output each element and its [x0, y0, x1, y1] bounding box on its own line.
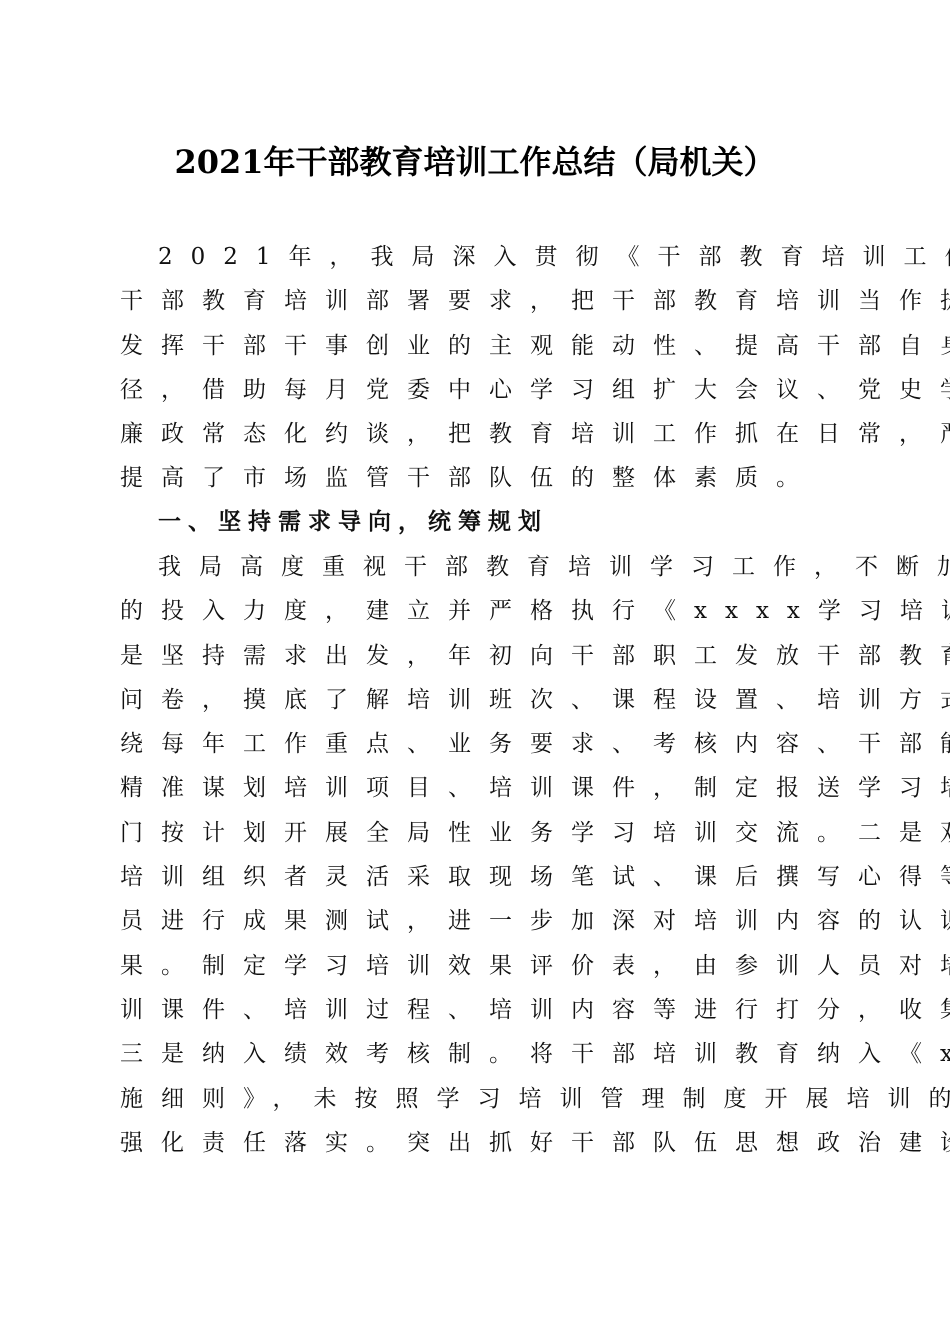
paragraph-line: 问卷，摸底了解培训班次、课程设置、培训方式需求，紧密围: [120, 678, 825, 722]
paragraph-line: 是坚持需求出发，年初向干部职工发放干部教育培训需求调查: [120, 634, 825, 678]
section1-paragraph: 我局高度重视干部教育培训学习工作，不断加大人、财、物 的投入力度，建立并严格执行…: [120, 545, 825, 1165]
paragraph-line: 发挥干部干事创业的主观能动性、提高干部自身素质的有效途: [120, 324, 825, 368]
paragraph-line: 干部教育培训部署要求，把干部教育培训当作提高工作效率、: [120, 279, 825, 323]
paragraph-line: 提高了市场监管干部队伍的整体素质。: [120, 456, 825, 500]
document-page: 2021年干部教育培训工作总结（局机关） 2021年，我局深入贯彻《干部教育培训…: [0, 0, 950, 1344]
paragraph-line: 的投入力度，建立并严格执行《xxxx学习培训管理制度》。一: [120, 589, 825, 633]
paragraph-line: 廉政常态化约谈，把教育培训工作抓在日常，严在经常，有效: [120, 412, 825, 456]
section-heading-1: 一、坚持需求导向，统筹规划: [158, 500, 548, 544]
paragraph-line: 培训组织者灵活采取现场笔试、课后撰写心得等方式对参与人: [120, 855, 825, 899]
paragraph-line: 员进行成果测试，进一步加深对培训内容的认识，考察培训成: [120, 899, 825, 943]
paragraph-line: 径，借助每月党委中心学习组扩大会议、党史学习教育、党风: [120, 368, 825, 412]
paragraph-line: 精准谋划培训项目、培训课件，制定报送学习培训计划，各部: [120, 766, 825, 810]
paragraph-line: 训课件、培训过程、培训内容等进行打分，收集反馈意见建议。: [120, 988, 825, 1032]
paragraph-line: 我局高度重视干部教育培训学习工作，不断加大人、财、物: [120, 545, 825, 589]
paragraph-line: 2021年，我局深入贯彻《干部教育培训工作条例》和市区: [120, 235, 825, 279]
paragraph-line: 门按计划开展全局性业务学习培训交流。二是双向成果评估。: [120, 811, 825, 855]
paragraph-line: 三是纳入绩效考核制。将干部培训教育纳入《xxxx绩效考核实: [120, 1032, 825, 1076]
document-title: 2021年干部教育培训工作总结（局机关）: [0, 138, 950, 186]
paragraph-line: 绕每年工作重点、业务要求、考核内容、干部能力素质等项目，: [120, 722, 825, 766]
paragraph-line: 强化责任落实。突出抓好干部队伍思想政治建设和能力建设，: [120, 1121, 825, 1165]
paragraph-line: 果。制定学习培训效果评价表，由参训人员对培训组织者的培: [120, 944, 825, 988]
paragraph-line: 施细则》，未按照学习培训管理制度开展培训的实行扣分制，: [120, 1077, 825, 1121]
intro-paragraph: 2021年，我局深入贯彻《干部教育培训工作条例》和市区 干部教育培训部署要求，把…: [120, 235, 825, 501]
